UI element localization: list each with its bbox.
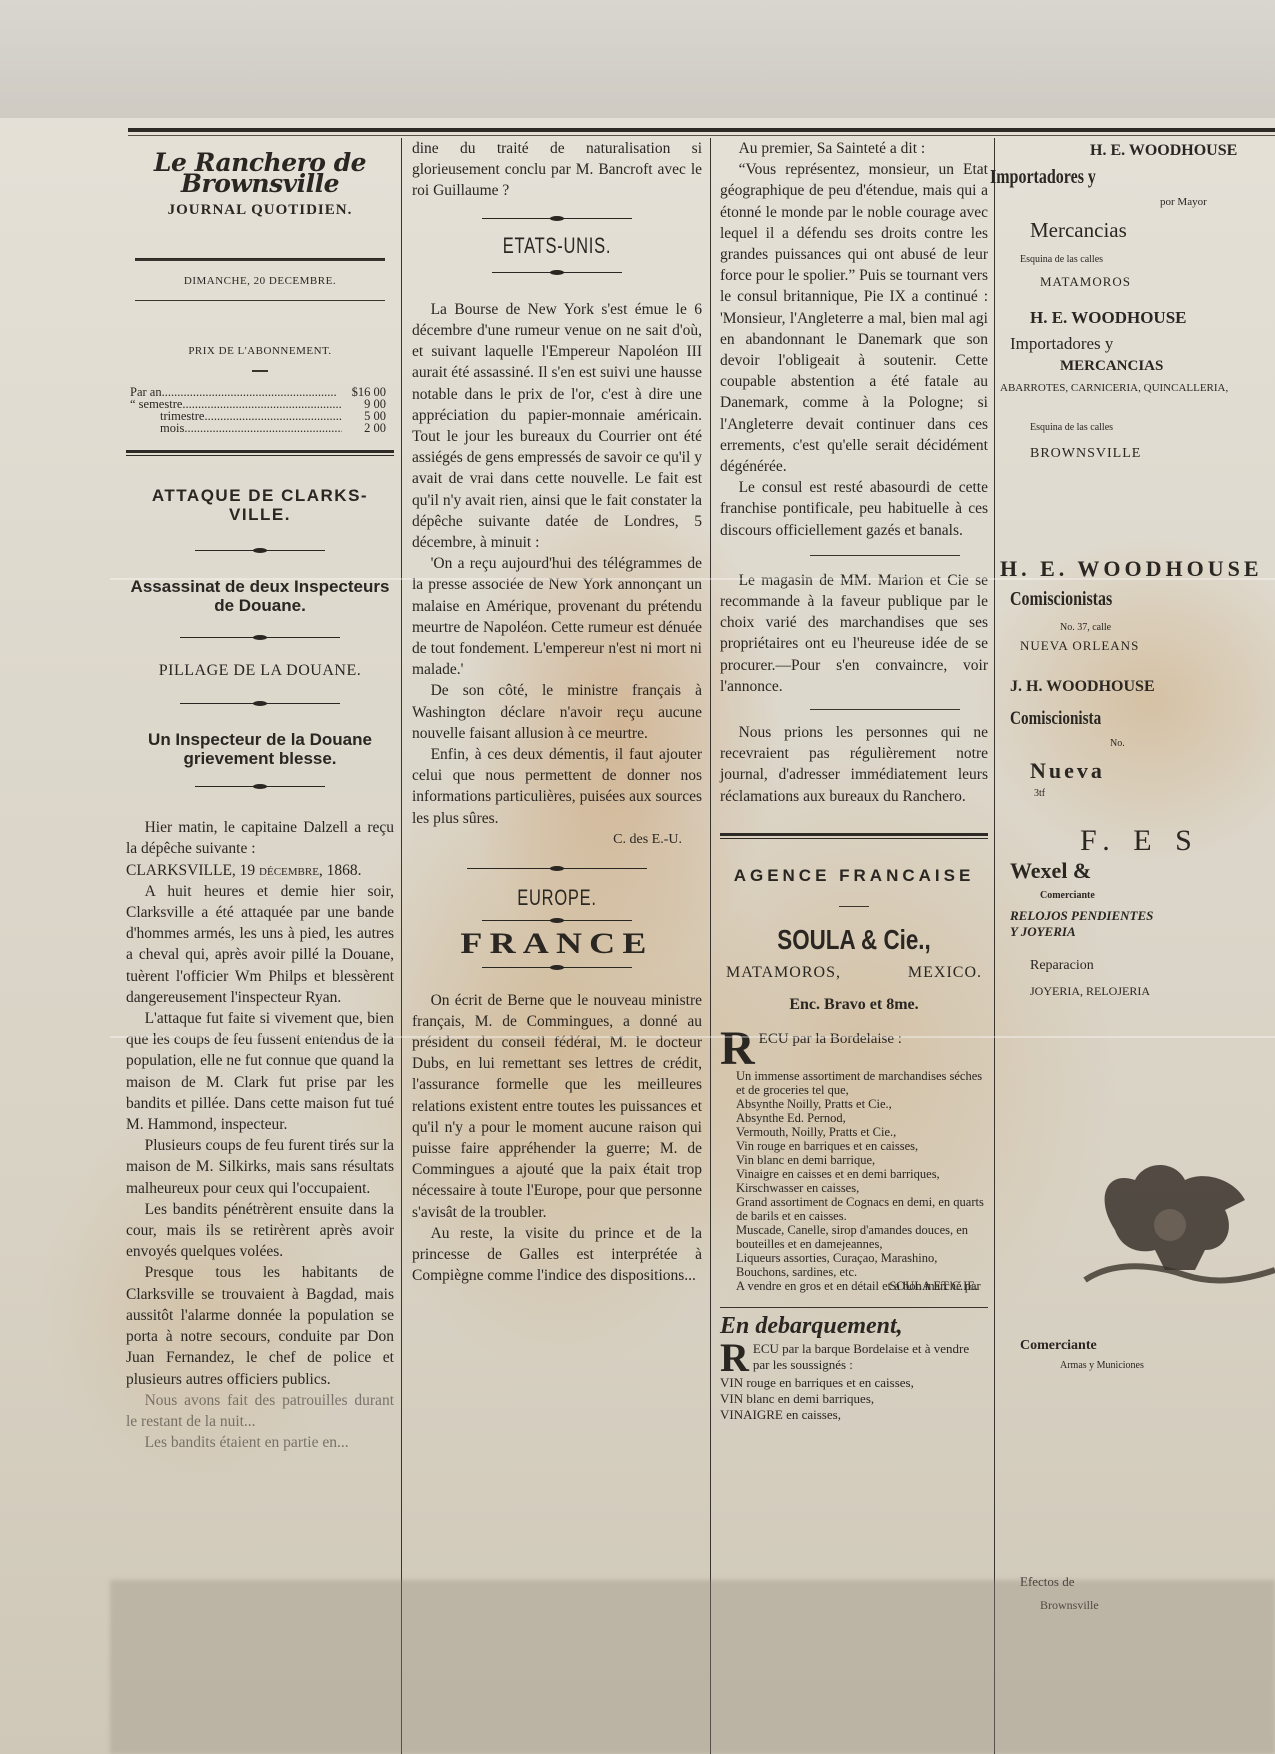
article-paragraph: A huit heures et demie hier soir, Clarks… bbox=[126, 881, 394, 1008]
dateline: CLARKSVILLE, 19 décembre, 1868. bbox=[126, 860, 394, 881]
subscription-table: Par an..................................… bbox=[126, 386, 394, 434]
double-rule bbox=[720, 833, 988, 839]
article-paragraph: Enfin, à ces deux démentis, il faut ajou… bbox=[412, 744, 702, 829]
ad2-title: En debarquement, bbox=[720, 1316, 988, 1337]
ad-item: Grand assortiment de Cognacs en demi, en… bbox=[720, 1195, 988, 1223]
eagle-emblem-icon bbox=[1075, 1140, 1275, 1320]
article-paragraph: On écrit de Berne que le nouveau ministr… bbox=[412, 990, 702, 1223]
ad-address: Enc. Bravo et 8me. bbox=[720, 994, 988, 1015]
ad-item: Vinaigre en caisses et en demi barriques… bbox=[720, 1167, 988, 1181]
ornament-divider bbox=[482, 214, 632, 223]
masthead-subtitle: JOURNAL QUOTIDIEN. bbox=[126, 200, 394, 221]
article-paragraph: L'attaque fut faite si vivement que, bie… bbox=[126, 1008, 394, 1135]
ornament-divider bbox=[195, 782, 325, 791]
article-paragraph: Au premier, Sa Sainteté a dit : bbox=[720, 138, 988, 159]
ad-item: Un immense assortiment de marchandises s… bbox=[720, 1069, 988, 1097]
column-3: Au premier, Sa Sainteté a dit : “Vous re… bbox=[720, 138, 988, 1423]
masthead-title: Le Ranchero de Brownsville bbox=[126, 152, 394, 194]
ad2-body: R ECU par la barque Bordelaise et à vend… bbox=[720, 1341, 988, 1423]
double-rule bbox=[126, 450, 394, 456]
scan-background-top bbox=[0, 0, 1275, 118]
article-paragraph: Au reste, la visite du prince et de la p… bbox=[412, 1223, 702, 1287]
article-signature: C. des E.-U. bbox=[412, 829, 702, 850]
article-paragraph: “Vous représentez, monsieur, un Etat géo… bbox=[720, 159, 988, 477]
article-paragraph: 'On a reçu aujourd'hui des télégrammes d… bbox=[412, 553, 702, 680]
top-rule-thin bbox=[128, 135, 1275, 136]
headline-attaque: ATTAQUE DE CLARKS-VILLE. bbox=[126, 486, 394, 524]
notice-subscribers: Nous prions les personnes qui ne recevra… bbox=[720, 722, 988, 807]
ad-item: Absynthe Ed. Pernod, bbox=[720, 1111, 988, 1125]
ad-item: Vermouth, Noilly, Pratts et Cie., bbox=[720, 1125, 988, 1139]
ornament-divider bbox=[482, 916, 632, 925]
short-rule bbox=[252, 370, 268, 372]
rule bbox=[135, 300, 385, 301]
notice-marion: Le magasin de MM. Marion et Cie se recom… bbox=[720, 570, 988, 697]
dropcap: R bbox=[720, 1029, 755, 1069]
ad-item: Vin blanc en demi barrique, bbox=[720, 1153, 988, 1167]
ad-item: Bouchons, sardines, etc. bbox=[720, 1265, 988, 1279]
ad-item-list: Un immense assortiment de marchandises s… bbox=[720, 1069, 988, 1293]
ad-company-name: SOULA & Cie., bbox=[747, 929, 961, 950]
article-paragraph: Hier matin, le capitaine Dalzell a reçu … bbox=[126, 817, 394, 859]
faded-bottom bbox=[110, 1580, 1275, 1754]
section-title-france: FRANCE bbox=[383, 933, 731, 954]
column-divider bbox=[994, 138, 995, 1754]
ornament-divider bbox=[195, 546, 325, 555]
ornament-divider bbox=[482, 963, 632, 972]
paper-fold bbox=[110, 1036, 1275, 1038]
ad-item: Liqueurs assorties, Curaçao, Marashino, bbox=[720, 1251, 988, 1265]
top-rule bbox=[128, 128, 1275, 132]
article-paragraph: Presque tous les habitants de Clarksvill… bbox=[126, 1262, 394, 1389]
rule bbox=[810, 555, 960, 556]
ad-received-heading: R ECU par la Bordelaise : bbox=[720, 1029, 988, 1050]
price-row: mois....................................… bbox=[130, 422, 386, 434]
headline-assassinat: Assassinat de deux Inspecteurs de Douane… bbox=[126, 577, 394, 615]
article-paragraph: De son côté, le ministre français à Wash… bbox=[412, 680, 702, 744]
headline-pillage: PILLAGE DE LA DOUANE. bbox=[126, 660, 394, 681]
rule bbox=[135, 258, 385, 261]
article-paragraph: Plusieurs coups de feu furent tirés sur … bbox=[126, 1135, 394, 1199]
ad-item: Kirschwasser en caisses, bbox=[720, 1181, 988, 1195]
issue-date: DIMANCHE, 20 DECEMBRE. bbox=[126, 271, 394, 292]
article-paragraph: Les bandits étaient en partie en... bbox=[126, 1432, 394, 1453]
ad-item: Vin rouge en barriques et en caisses, bbox=[720, 1139, 988, 1153]
short-rule bbox=[839, 906, 869, 907]
ornament-divider bbox=[467, 864, 647, 873]
ornament-divider bbox=[180, 633, 340, 642]
column-1: Le Ranchero de Brownsville JOURNAL QUOTI… bbox=[126, 138, 394, 1453]
ad-location: MATAMOROS, MEXICO. bbox=[720, 962, 988, 983]
column-2: dine du traité de naturalisation si glor… bbox=[412, 138, 702, 1286]
newspaper-page: Le Ranchero de Brownsville JOURNAL QUOTI… bbox=[0, 0, 1275, 1754]
section-title-europe: EUROPE. bbox=[448, 887, 666, 908]
article-continuation: dine du traité de naturalisation si glor… bbox=[412, 138, 702, 202]
rule bbox=[810, 709, 960, 710]
subscription-title: PRIX DE L'ABONNEMENT. bbox=[126, 341, 394, 362]
ornament-divider bbox=[492, 268, 622, 277]
ad-item: Absynthe Noilly, Pratts et Cie., bbox=[720, 1097, 988, 1111]
article-paragraph: Nous avons fait des patrouilles durant l… bbox=[126, 1390, 394, 1432]
rule bbox=[720, 1307, 988, 1308]
article-paragraph: Le consul est resté abasourdi de cette f… bbox=[720, 477, 988, 541]
headline-inspecteur: Un Inspecteur de la Douane grievement bl… bbox=[126, 730, 394, 768]
ad-agence-title: AGENCE FRANCAISE bbox=[720, 865, 988, 886]
ad-item: Muscade, Canelle, sirop d'amandes douces… bbox=[720, 1223, 988, 1251]
article-paragraph: Les bandits pénétrèrent ensuite dans la … bbox=[126, 1199, 394, 1263]
ornament-divider bbox=[180, 699, 340, 708]
paper-fold bbox=[110, 578, 1275, 580]
article-paragraph: La Bourse de New York s'est émue le 6 dé… bbox=[412, 299, 702, 553]
section-title-etats-unis: ETATS-UNIS. bbox=[448, 235, 666, 256]
